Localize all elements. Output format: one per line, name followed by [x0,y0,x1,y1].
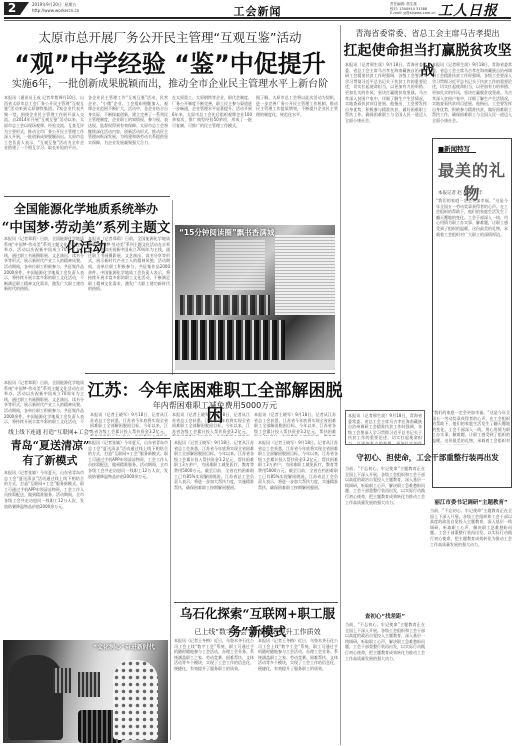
energy-story-kicker: 全国能源化学地质系统举办 [0,200,172,217]
jiangsu-story-body-col3: 本报讯（记者王晓军）9月18日，记者从江苏省总工会获悉，江苏省今年底将实现全省困… [254,412,336,436]
photo-caption: “文化润心”奋进新时代 [93,642,155,651]
divider [90,438,170,439]
wushihua-story-subtitle: 已上线“数字工会”系统有效提升工作质效 [170,627,345,637]
right-story-sidebar: 本报讯（记者邢生晟）9月18日，青海省委常委、省总工会主席马吉孝在海南藏族自治州… [345,410,425,445]
jiangsu-story-continued-col1: 本报讯（记者王晓军）9月18日，记者从江苏省总工会获悉，江苏省今年底将实现全省困… [174,440,254,600]
shougu-story-body-col3: 当前，“不忘初心、牢记使命”主题教育正在全国上下深入开展。各级工会组织和工会干部… [345,622,425,746]
column-divider [170,440,171,740]
lead-story-headline[interactable]: “观”中学经验 “鉴”中促提升 [0,44,340,79]
feature-byline: 本报记者 赵 航 方大丰 [438,190,483,196]
photo-caption: “15分钟阅读圈”飘书香满城 [179,227,274,238]
lead-story-subtitle: 实施6年，一批创新成果脱颖而出，推动全市企业民主管理水平上新台阶 [0,75,340,90]
shougu-subhead-1: 丽江市委书记调研“主题教育” [430,498,512,506]
lead-story-body-col1: 本报讯（通讯员王成 记者牟紫)9月10日，山西省太原市总工会厂务公开民主管理“互… [4,95,84,195]
energy-story-continued: 本报讯（记者郑莉）日前，全国能源化学地质系统“中国梦·劳动美”系列主题文化活动在… [4,380,84,425]
qingdao-story-body-col1: 本报讯（记者张嫱）今年夏天，山东省青岛市总工会“夏送清凉”活动通过线上线下相结合… [4,470,84,635]
qingdao-story-headline-1[interactable]: 青岛“夏送清凉” [0,437,100,453]
feature-body-end: “我们的家庭一定会更加幸福。”这是今年全国五一劳动奖章获得者的心声。在工会组织的… [432,410,510,445]
qingdao-story-kicker: 线上线下连通 打造“互联网+工会” [0,428,100,436]
right-story-body-col2: 本报讯（记者邢生晟）9月18日，青海省委常委、省总工会主席马吉孝在海南藏族自治州… [432,62,512,134]
column-divider [172,200,173,375]
jiangsu-story-subtitle: 年内帮困难职工减免费用5000万元 [85,400,345,411]
lead-story-body-col3: 在太原重工、太原钢铁等企业，职代会制度、厂务公开制度不断完善，职工民主参与渠道进… [172,95,252,205]
right-story-body-col1: 本报讯（记者邢生晟）9月18日，青海省委常委、省总工会主席马吉孝在海南藏族自治州… [345,62,427,407]
divider [174,602,338,603]
divider [85,373,335,374]
right-story-kicker: 青海省委常委、省总工会主席马吉孝提出 [340,28,515,39]
qingdao-story-headline-2[interactable]: 有了新模式 [0,452,100,468]
shougu-story-body-col2: 当前，“不忘初心、牢记使命”主题教育正在全国上下深入开展。各级工会组织和工会干部… [430,508,512,746]
lead-story-body-col2: 各企业民主管理工作“互观互鉴”活动，民营企业、“小微”企业、工会组织相继加入，观… [88,95,168,195]
lead-story-body-col4: 据了解，太原市总工会将以此次活动为契机，进一步完善厂务公开民主管理工作机制，推动… [256,95,338,205]
masthead-divider [4,17,511,19]
jiangsu-story-body-col1: 本报讯（记者王晓军）9月18日，记者从江苏省总工会获悉，江苏省今年底将实现全省困… [90,412,168,436]
bookstore-photo: “15分钟阅读圈”飘书香满城 [175,225,335,370]
masthead-divider-thin [4,20,511,21]
energy-story-body-col1: 本报讯（记者郑莉）日前，全国能源化学地质系统“中国梦·劳动美”系列主题文化活动在… [4,236,84,376]
drum-lesson-photo: “文化润心”奋进新时代 [3,640,168,743]
shougu-subhead-2: 查初心“找差距” [345,612,425,620]
editor-info: 责任编辑: 邢生晟 校对: 1300914 31588 E-mail: yj@s… [390,2,436,16]
feature-label-underline [438,152,476,153]
jiangsu-story-continued-col2: 本报讯（记者王晓军）9月18日，记者从江苏省总工会获悉，江苏省今年底将实现全省困… [258,440,338,600]
shougu-story-body-col1: 当前，“不忘初心、牢记使命”主题教育正在全国上下深入开展。各级工会组织和工会干部… [345,466,425,606]
wushihua-story-body-col2: 本报讯（记者王冬梅）近日，乌鲁木齐石化公司工会上线“数字工会”系统，职工可通过手… [258,638,338,746]
jiangsu-story-body-col2: 本报讯（记者王晓军）9月18日，记者从江苏省总工会获悉，江苏省今年底将实现全省困… [172,412,250,436]
qingdao-story-body-col2: 本报讯（记者张嫱）今年夏天，山东省青岛市总工会“夏送清凉”活动通过线上线下相结合… [88,440,168,635]
divider [4,196,170,197]
wushihua-story-body-col1: 本报讯（记者王冬梅）近日，乌鲁木齐石化公司工会上线“数字工会”系统，职工可通过手… [174,638,254,746]
shougu-story-headline[interactable]: 守初心、担使命，工会干部重整行装再出发 [340,452,515,463]
energy-story-body-col2: 本报讯（记者郑莉）日前，全国能源化学地质系统“中国梦·劳动美”系列主题文化活动在… [88,236,170,376]
